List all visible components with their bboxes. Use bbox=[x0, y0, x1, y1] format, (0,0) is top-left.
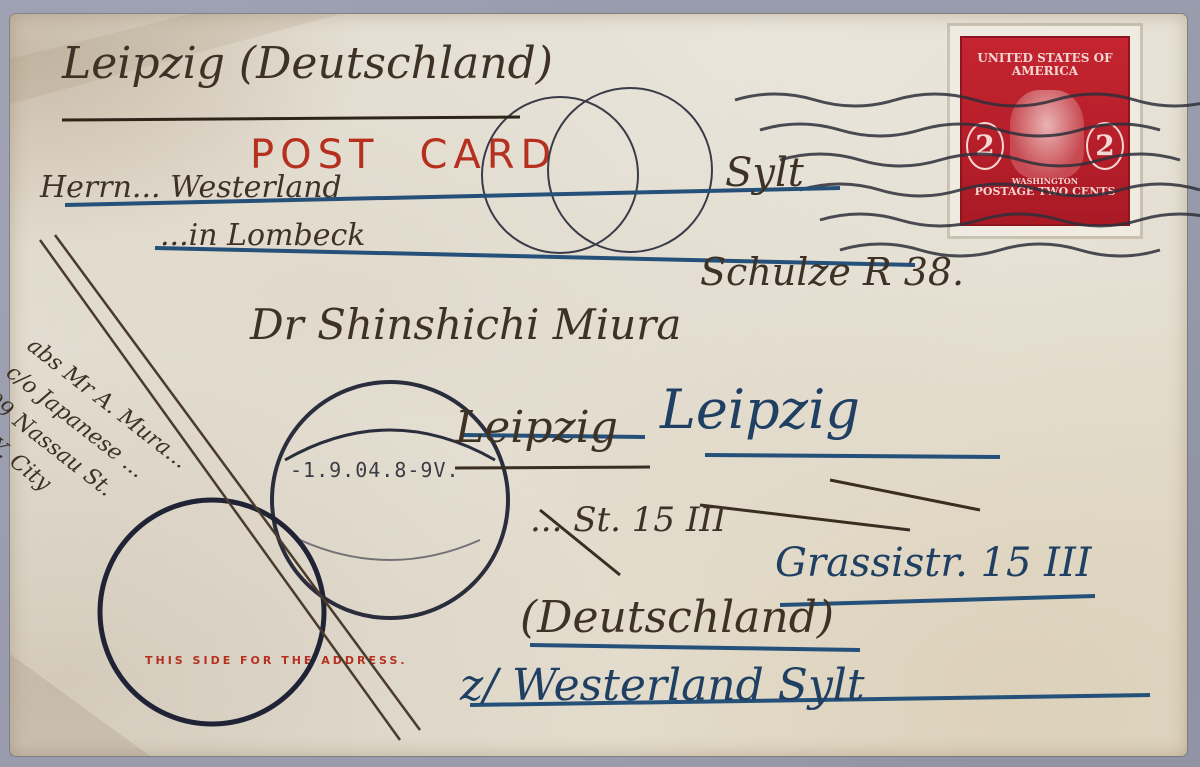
handwriting-destination-heading: Leipzig (Deutschland) bbox=[62, 38, 553, 89]
handwriting-cancelled-line-1: Herrn... Westerland bbox=[40, 170, 342, 205]
handwriting-city-new: Leipzig bbox=[660, 378, 860, 441]
handwriting-city-old: Leipzig bbox=[455, 402, 618, 453]
handwriting-cancelled-line-2: ...in Lombeck bbox=[160, 218, 365, 253]
handwriting-schulze: Schulze R 38. bbox=[700, 250, 964, 294]
handwriting-recipient-name: Dr Shinshichi Miura bbox=[250, 300, 681, 349]
westerland-postmark-date: -1.9.04.8-9V. bbox=[290, 458, 460, 482]
handwriting-street-old: ... St. 15 III bbox=[530, 500, 726, 540]
stamp-value-right: 2 bbox=[1086, 122, 1124, 170]
washington-portrait-icon bbox=[1010, 90, 1084, 178]
stamp-denomination: POSTAGE TWO CENTS bbox=[962, 186, 1128, 198]
stamp-country: UNITED STATES OF AMERICA bbox=[962, 52, 1128, 78]
postage-stamp: UNITED STATES OF AMERICA 2 2 WASHINGTON … bbox=[950, 26, 1140, 236]
handwriting-sylt: Sylt bbox=[725, 150, 804, 196]
handwriting-country: (Deutschland) bbox=[520, 592, 834, 643]
address-side-note: THIS SIDE FOR THE ADDRESS. bbox=[145, 654, 408, 667]
handwriting-street-new: Grassistr. 15 III bbox=[775, 540, 1092, 586]
heading-card: CARD bbox=[419, 132, 557, 178]
stamp-value-left: 2 bbox=[966, 122, 1004, 170]
stamp-face: UNITED STATES OF AMERICA 2 2 WASHINGTON … bbox=[960, 36, 1130, 226]
handwriting-forwarding-cancelled: z/ Westerland Sylt bbox=[460, 660, 865, 711]
